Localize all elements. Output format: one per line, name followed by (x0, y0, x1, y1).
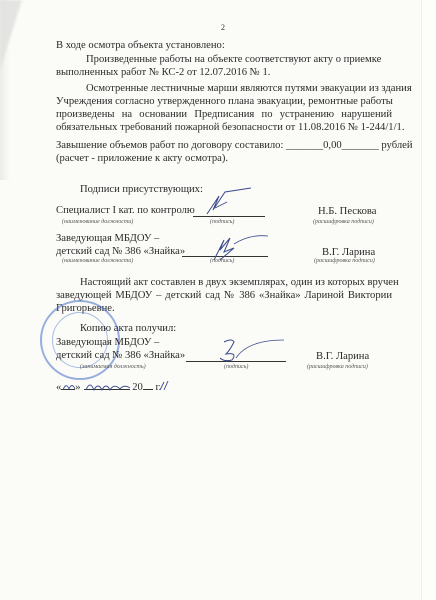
para1-line2: выполненных работ № КС-2 от 12.07.2016 №… (56, 66, 270, 79)
signatory1-position-caption: (наименование должности) (62, 219, 133, 225)
signatory1-name-caption: (расшифровка подписи) (313, 219, 374, 225)
signatory1-signature-caption: (подпись) (210, 219, 234, 225)
paper-edge-shadow (0, 0, 10, 180)
excess-line2: (расчет - приложение к акту осмотра). (56, 152, 228, 165)
recipient-signature-caption: (подпись) (224, 364, 248, 370)
received-heading: Копию акта получил: (80, 322, 176, 335)
recipient-position-caption: (занимаемая должность) (80, 364, 146, 370)
excess-currency: _______ рублей (342, 140, 413, 151)
para2-line1: Осмотренные лестничные марши являются пу… (86, 82, 392, 95)
para2-line3: произведены на основании Предписания по … (56, 108, 392, 121)
excess-amount: 0,00 (323, 140, 342, 151)
excess-line1: Завышение объемов работ по договору сост… (56, 139, 413, 152)
signatory2-position-line1: Заведующая МБДОУ – (56, 232, 159, 245)
signatory2-position-caption: (наименование должности) (62, 258, 133, 264)
signatory2-position-line2: детский сад № 386 «Знайка» (56, 245, 185, 258)
date-handwriting-icon (60, 378, 178, 394)
document-page: 2 В ходе осмотра объекта установлено: Пр… (0, 0, 436, 600)
recipient-name-caption: (расшифровка подписи) (307, 364, 368, 370)
signatory1-signature-icon (205, 186, 255, 218)
signatures-heading: Подписи присутствующих: (80, 183, 203, 196)
para2-line4: обязательных требований пожарной безопас… (56, 121, 404, 134)
page-number: 2 (221, 23, 225, 32)
intro-line: В ходе осмотра объекта установлено: (56, 39, 225, 52)
signatory1-name: Н.Б. Пескова (318, 205, 376, 218)
scan-edge (421, 0, 436, 600)
recipient-position-line1: Заведующая МБДОУ – (56, 336, 159, 349)
para1-line1: Произведенные работы на объекте соответс… (86, 53, 381, 66)
para2-line2: Учреждения согласно утвержденного плана … (56, 95, 392, 108)
signatory2-signature-caption: (подпись) (210, 258, 234, 264)
excess-label: Завышение объемов работ по договору сост… (56, 140, 323, 151)
signatory2-name-caption: (расшифровка подписи) (314, 258, 375, 264)
recipient-signature-icon (218, 334, 288, 364)
copies-line2: заведующей МБДОУ – детский сад № 386 «Зн… (56, 289, 392, 302)
signatory1-position: Специалист I кат. по контролю (56, 204, 195, 217)
recipient-name: В.Г. Ларина (316, 350, 369, 363)
copies-line1: Настоящий акт составлен в двух экземпляр… (80, 276, 392, 289)
recipient-position-line2: детский сад № 386 «Знайка» (56, 349, 185, 362)
